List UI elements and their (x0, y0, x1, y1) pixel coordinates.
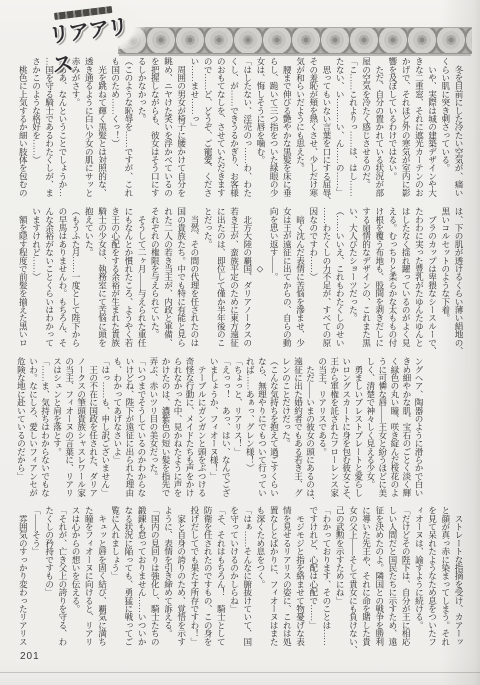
text-band-4: ストレートな指摘を受け、カアーッ と顔が真っ赤に染まってしまう。それ を見て呆れ… (15, 506, 465, 648)
page-bottom-edge-line (0, 672, 480, 673)
text-band-1: 冬を目前にした冷たい空気が、痛い くらい肌に突き刺さっている。 いや、実際は城の… (15, 57, 465, 199)
page-number: 201 (20, 651, 40, 662)
text-band-3: ングヘア、陶器のように滑らかで白い きめ細やかな肌、宝石のごとく淡く輝 く緑色の… (15, 357, 465, 499)
header-ornament-border (118, 27, 472, 54)
logo-title-text: リアアリス (47, 8, 150, 79)
text-band-2: は、下の肌が透けるくらい薄い絹地の、 黒いコルセットのような下着。 ブラのカップ… (15, 207, 465, 349)
scanned-book-page: リアアリス 冬を目前にした冷たい空気が、痛い くらい肌に突き刺さっている。 いや… (0, 0, 480, 685)
series-logo: リアアリス (45, 0, 146, 58)
